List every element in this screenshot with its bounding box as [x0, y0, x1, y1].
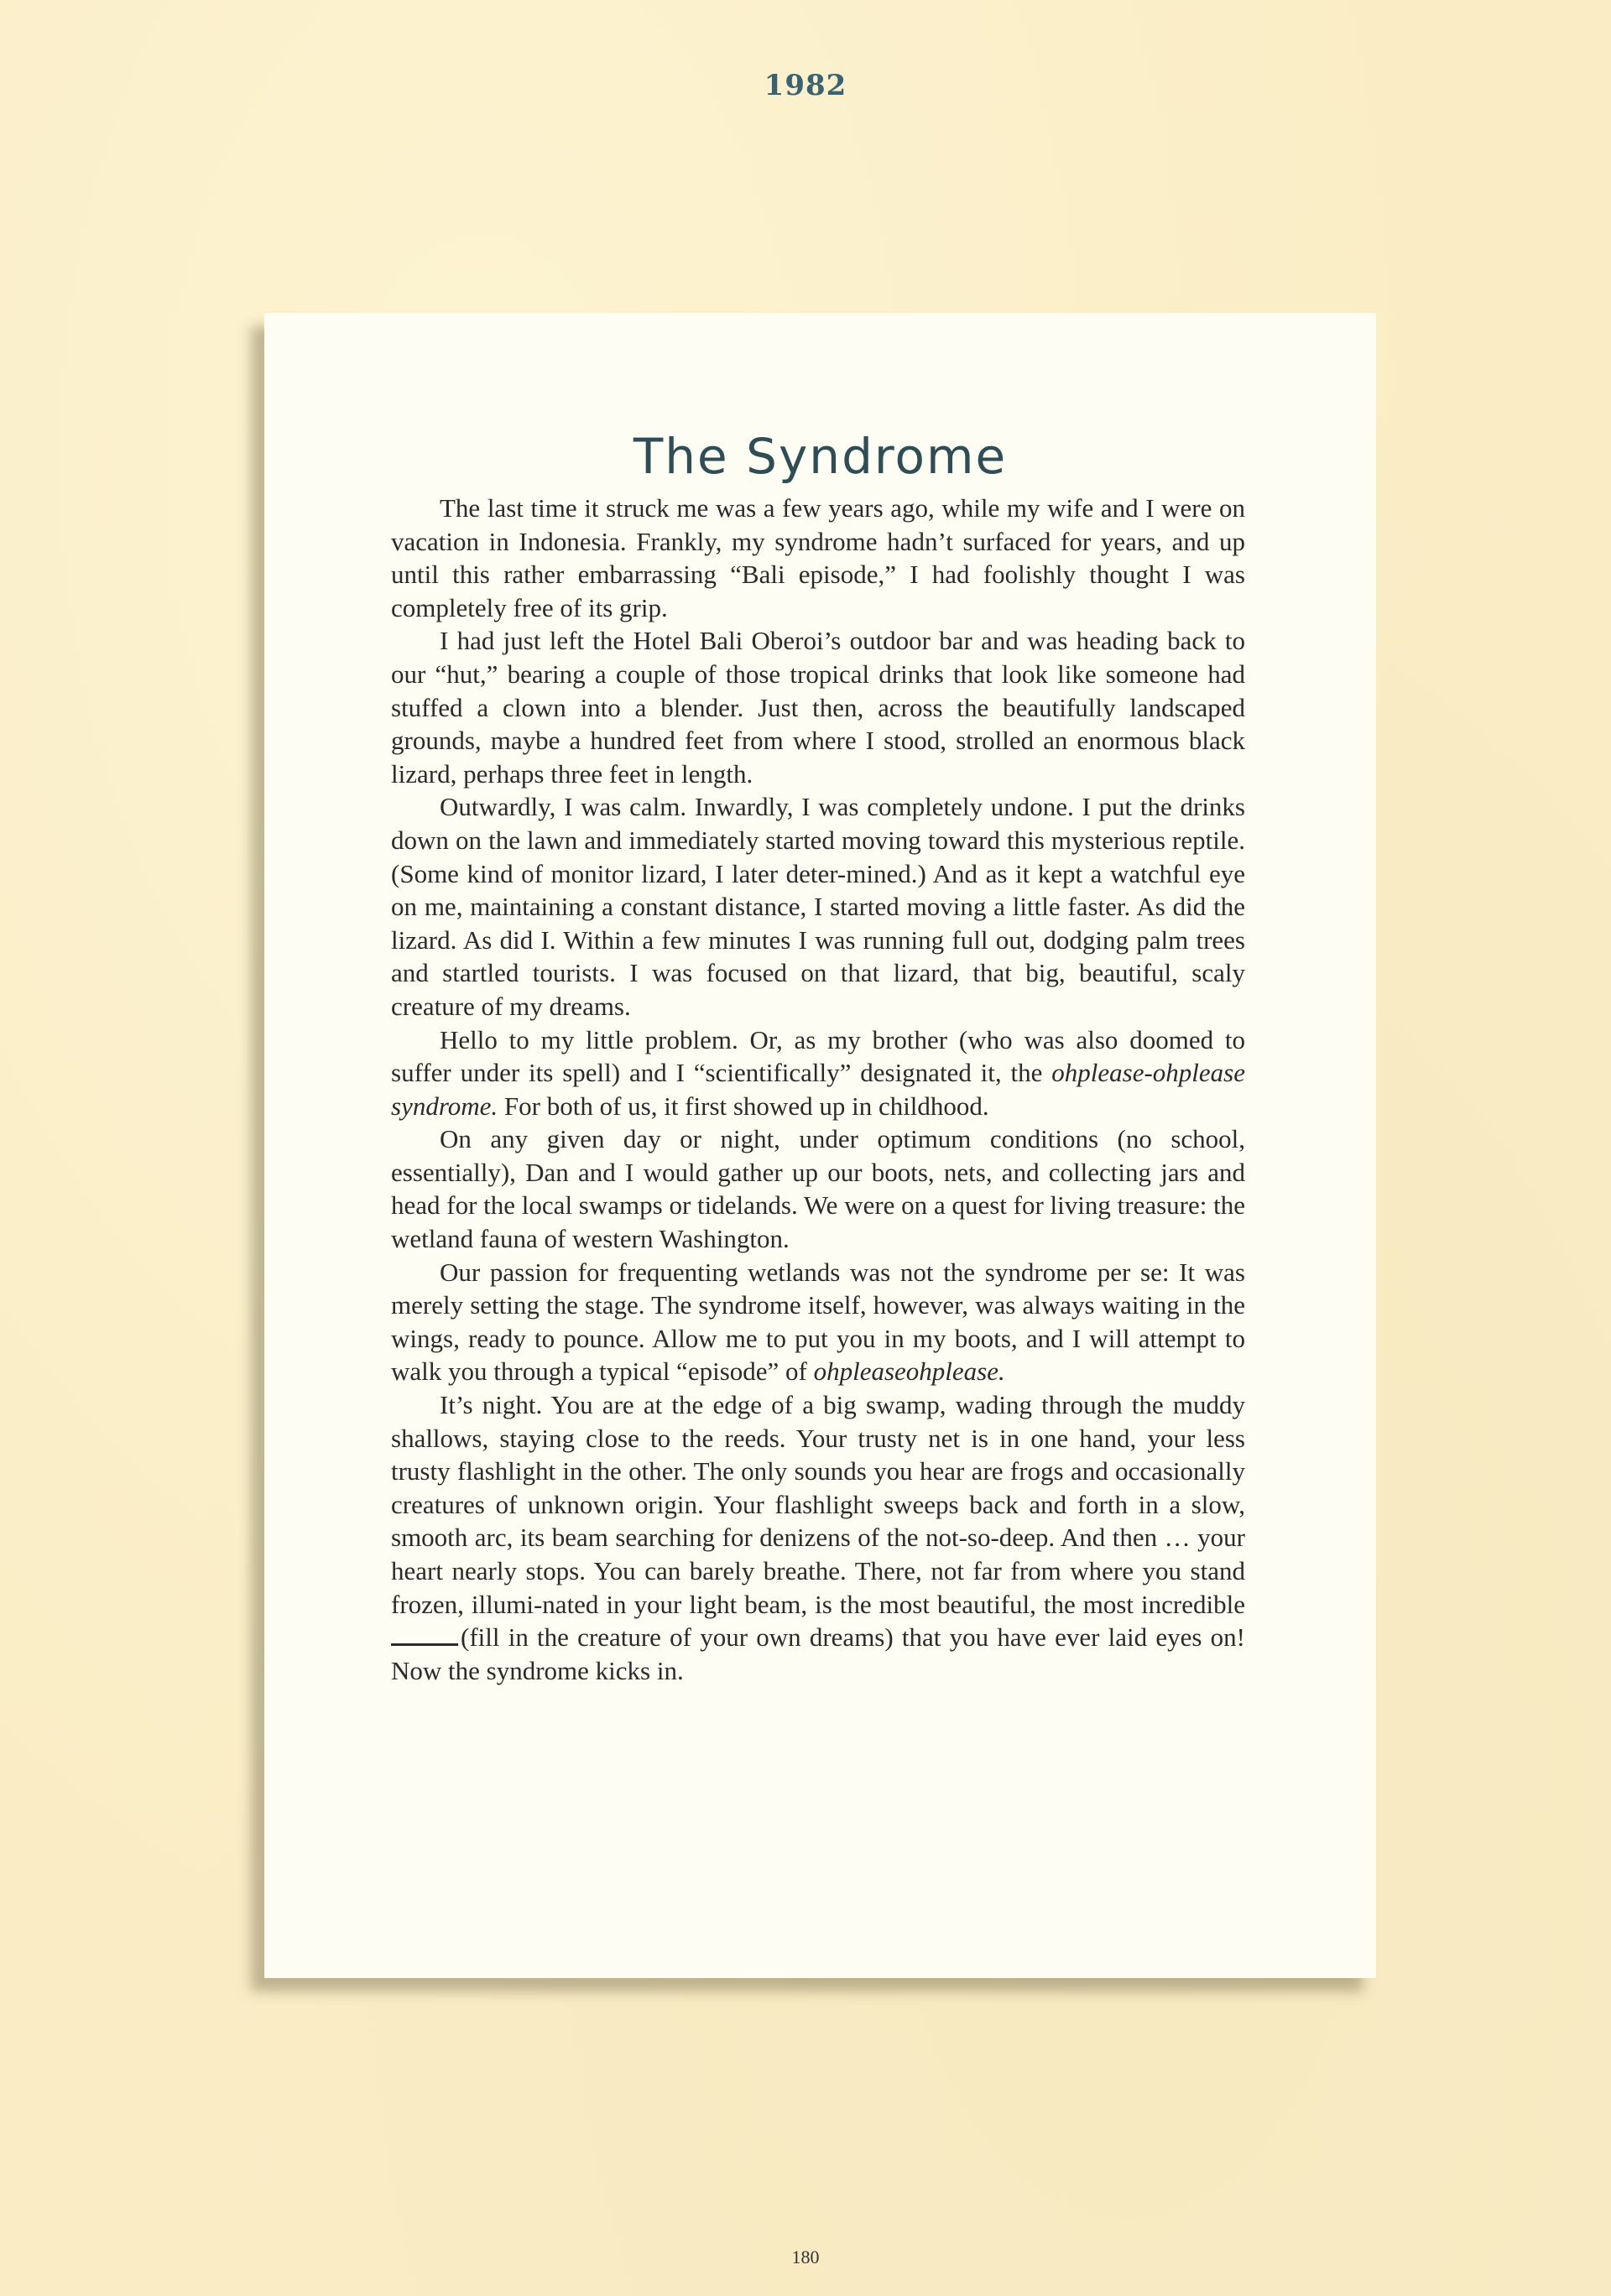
italic-term: ohpleaseohplease.: [814, 1356, 1005, 1386]
text-run: It’s night. You are at the edge of a big…: [391, 1390, 1245, 1619]
text-run: I had just left the Hotel Bali Oberoi’s …: [391, 626, 1245, 788]
fill-in-blank: [391, 1627, 458, 1646]
text-run: Outwardly, I was calm. Inwardly, I was c…: [391, 792, 1245, 1021]
text-run: For both of us, it first showed up in ch…: [498, 1091, 989, 1121]
paragraph: Outwardly, I was calm. Inwardly, I was c…: [391, 790, 1245, 1023]
paragraph: It’s night. You are at the edge of a big…: [391, 1388, 1245, 1687]
article-title: The Syndrome: [264, 428, 1376, 485]
paragraph: On any given day or night, under optimum…: [391, 1122, 1245, 1255]
article-card: The Syndrome The last time it struck me …: [264, 313, 1376, 1978]
paragraph: Our passion for frequenting wetlands was…: [391, 1256, 1245, 1388]
paragraph: The last time it struck me was a few yea…: [391, 492, 1245, 624]
paragraph: I had just left the Hotel Bali Oberoi’s …: [391, 624, 1245, 790]
page-number: 180: [0, 2247, 1611, 2268]
text-run: On any given day or night, under optimum…: [391, 1124, 1245, 1253]
paragraph: Hello to my little problem. Or, as my br…: [391, 1023, 1245, 1123]
text-run: The last time it struck me was a few yea…: [391, 493, 1245, 622]
chapter-year: 1982: [0, 69, 1611, 102]
article-body: The last time it struck me was a few yea…: [391, 492, 1245, 1687]
text-run: (fill in the creature of your own dreams…: [391, 1622, 1245, 1685]
